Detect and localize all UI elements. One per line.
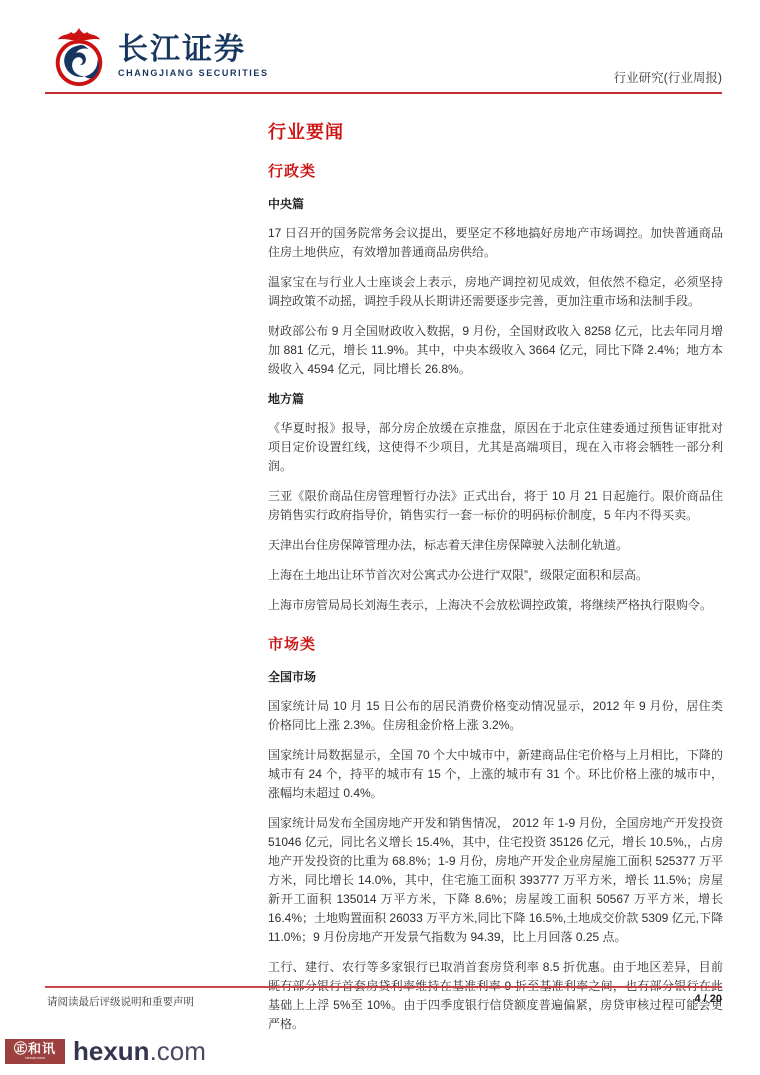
hexun-logo[interactable]: ㊣和讯 hexun.com hexun.com [5,1038,206,1064]
footer-disclaimer: 请阅读最后评级说明和重要声明 [47,994,194,1009]
section-title-market: 市场类 [268,633,723,654]
paragraph: 财政部公布 9 月全国财政收入数据，9 月份，全国财政收入 8258 亿元，比去… [268,322,723,379]
changjiang-logo-icon [48,26,110,88]
subsection-title-central: 中央篇 [268,195,723,212]
hexun-box-sub: hexun.com [25,1056,45,1060]
paragraph: 上海在土地出让环节首次对公寓式办公进行“双限”，级限定面积和层高。 [268,566,723,585]
subsection-title-national: 全国市场 [268,668,723,685]
report-body: 行业要闻 行政类 中央篇 17 日召开的国务院常务会议提出，要坚定不移地搞好房地… [268,118,723,1045]
paragraph: 国家统计局 10 月 15 日公布的居民消费价格变动情况显示，2012 年 9 … [268,697,723,735]
section-title-admin: 行政类 [268,160,723,181]
paragraph: 17 日召开的国务院常务会议提出，要坚定不移地搞好房地产市场调控。加快普通商品住… [268,224,723,262]
paragraph: 三亚《限价商品住房管理暂行办法》正式出台，将于 10 月 21 日起施行。限价商… [268,487,723,525]
report-header: 长江证券 CHANGJIANG SECURITIES 行业研究(行业周报) [45,24,722,94]
paragraph: 国家统计局发布全国房地产开发和销售情况， 2012 年 1-9 月份，全国房地产… [268,814,723,947]
footer-divider [45,986,722,988]
paragraph: 上海市房管局局长刘海生表示，上海决不会放松调控政策，将继续严格执行限购令。 [268,596,723,615]
brand-name-en: CHANGJIANG SECURITIES [118,68,269,78]
paragraph: 《华夏时报》报导，部分房企放缓在京推盘，原因在于北京住建委通过预售证审批对项目定… [268,419,723,476]
paragraph: 工行、建行、农行等多家银行已取消首套房贷利率 8.5 折优惠。由于地区差异，目前… [268,958,723,1034]
hexun-site-bold: hexun [73,1036,150,1066]
brand-text: 长江证券 CHANGJIANG SECURITIES [118,34,269,78]
paragraph: 温家宝在与行业人士座谈会上表示，房地产调控初见成效，但依然不稳定，必须坚持调控政… [268,273,723,311]
subsection-title-local: 地方篇 [268,390,723,407]
main-title: 行业要闻 [268,118,723,144]
hexun-box-cn: ㊣和讯 [14,1042,56,1055]
brand-name-cn: 长江证券 [118,34,269,66]
page-number: 4 / 20 [694,993,722,1005]
hexun-logo-icon: ㊣和讯 hexun.com [5,1039,65,1064]
header-divider [45,92,722,94]
hexun-site-text: hexun.com [73,1038,206,1064]
paragraph: 国家统计局数据显示，全国 70 个大中城市中，新建商品住宅价格与上月相比，下降的… [268,746,723,803]
hexun-site-suffix: .com [150,1036,206,1066]
changjiang-brand: 长江证券 CHANGJIANG SECURITIES [48,26,269,88]
report-type-label: 行业研究(行业周报) [614,68,722,86]
paragraph: 天津出台住房保障管理办法，标志着天津住房保障驶入法制化轨道。 [268,536,723,555]
